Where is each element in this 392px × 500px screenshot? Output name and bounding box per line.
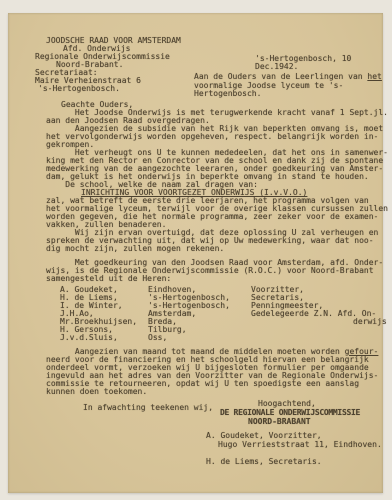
closing-block: Hoogachtend, DE REGIONALE ONDERWIJSCOMMI… (206, 399, 392, 466)
member-role: derwijs (251, 318, 387, 326)
scanned-letter-page: JOODSCHE RAAD VOOR AMSTERDAM Afd. Onderw… (0, 0, 392, 500)
signature-chairman-address: Hugo Verrieststraat 11, Eindhoven. (218, 440, 392, 449)
date-line: 's-Hertogenbosch, 10 Dec.1942. (255, 55, 383, 71)
addressee-line2: voormalige Joodse lyceum te 's-Hertogenb… (194, 82, 383, 99)
member-name: J.v.d.Sluis, (60, 334, 148, 342)
signature-secretary: H. de Liems, Secretaris. (206, 457, 392, 466)
closing-org-name: DE REGIONALE ONDERWIJSCOMMISSIE (220, 408, 392, 417)
addressee-emphasis: het (367, 72, 381, 81)
member-city: Oss, (148, 334, 251, 342)
paragraph-conviction: Wij zijn ervan overtuigd, dat deze oplos… (46, 229, 392, 253)
addressee-line1-text: Aan de Ouders van de Leerlingen van (194, 72, 367, 81)
sender-city: 's-Hertogenbosch. (38, 85, 181, 93)
paragraph-subsidy: Aangezien de subsidie van het Rijk van b… (46, 125, 392, 149)
paragraph-cooperation: Het verheugt ons U te kunnen mededeelen,… (46, 149, 392, 181)
sender-block: JOODSCHE RAAD VOOR AMSTERDAM Afd. Onderw… (35, 37, 181, 93)
addressee-block: Aan de Ouders van de Leerlingen van het … (194, 73, 383, 99)
paragraph-payment: Aangezien van maand tot maand de middele… (46, 348, 392, 396)
member-row: J.v.d.Sluis, Oss, (60, 334, 392, 342)
paragraph-program: zal, wat betreft de eerste drie leerjare… (46, 197, 392, 229)
paragraph-transfer: Het Joodse Onderwijs is met terugwerkend… (46, 109, 392, 125)
signature-chairman: A. Goudeket, Voorzitter, (206, 431, 392, 440)
valediction: Hoogachtend, (258, 399, 392, 408)
payment-text-rest: neerd voor de financiering en het school… (46, 355, 378, 396)
letter-paper: JOODSCHE RAAD VOOR AMSTERDAM Afd. Onderw… (8, 13, 383, 493)
letter-body: Geachte Ouders, Het Joodse Onderwijs is … (46, 101, 392, 412)
commission-members-list: A. Goudeket, Eindhoven, Voorzitter, H. d… (60, 286, 392, 342)
closing-org-region: NOORD-BRABANT (248, 417, 392, 426)
paragraph-approval: Met goedkeuring van den Joodsen Raad voo… (46, 259, 392, 283)
